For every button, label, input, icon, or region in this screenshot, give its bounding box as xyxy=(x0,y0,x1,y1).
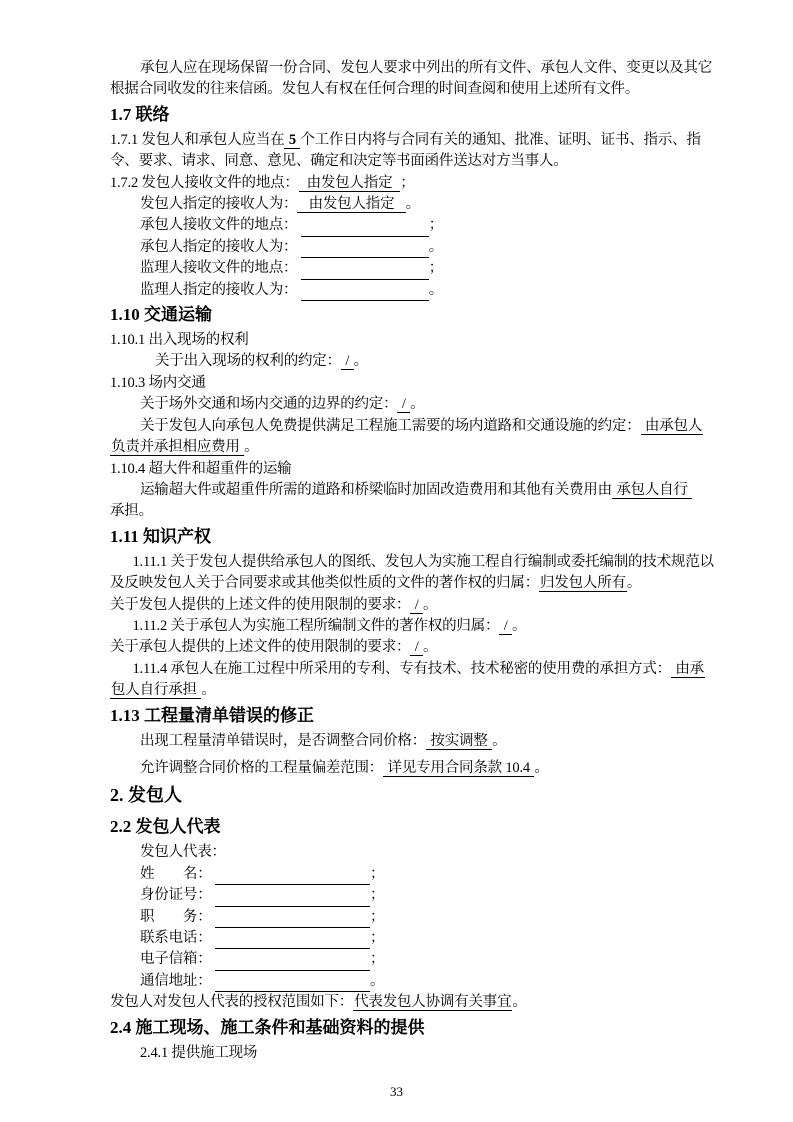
text-run: 1.7.2 发包人接收文件的地点： xyxy=(110,175,299,191)
paragraph-line: 2.4.1 提供施工现场 xyxy=(110,1043,722,1064)
text-run: 关于发包人向承包人免费提供满足工程施工需要的场内道路和交通设施的约定： xyxy=(140,418,641,434)
paragraph-line: 1.11.1 关于发包人提供给承包人的图纸、发包人为实施工程自行编制或委托编制的… xyxy=(110,552,722,573)
paragraph-line: 姓 名： ； xyxy=(110,864,722,885)
text-run: 。 xyxy=(429,239,443,255)
text-run: 1.11.1 关于发包人提供给承包人的图纸、发包人为实施工程自行编制或委托编制的… xyxy=(133,554,714,570)
section-heading: 2. 发包人 xyxy=(110,782,722,808)
document-page: 承包人应在现场保留一份合同、发包人要求中列出的所有文件、承包人文件、变更以及其它… xyxy=(0,0,793,1122)
filled-blank-value: 由发包人指定 xyxy=(299,175,401,192)
filled-blank-value: 代表发包人协调有关事宜 xyxy=(353,994,512,1011)
text-run: 2.4.1 提供施工现场 xyxy=(140,1045,257,1061)
text-run: 承包人应在现场保留一份合同、发包人要求中列出的所有文件、承包人文件、变更以及其它 xyxy=(140,60,712,76)
paragraph-line: 联系电话： ； xyxy=(110,928,722,949)
paragraph-line: 1.7.1 发包人和承包人应当在 5 个工作日内将与合同有关的通知、批准、证明、… xyxy=(110,130,722,151)
text-run: 1.11.4 承包人在施工过程中所采用的专利、专有技术、技术秘密的使用费的承担方… xyxy=(133,661,671,677)
paragraph-line: 承包人指定的接收人为： 。 xyxy=(110,237,722,258)
paragraph-line: 1.10.4 超大件和超重件的运输 xyxy=(110,459,722,480)
text-run: 发包人对发包人代表的授权范围如下： xyxy=(110,994,353,1010)
page-number: 33 xyxy=(0,1084,793,1100)
filled-blank-value: 由承 xyxy=(671,661,705,678)
empty-blank-line xyxy=(301,240,429,258)
paragraph-line: 关于发包人向承包人免费提供满足工程施工需要的场内道路和交通设施的约定： 由承包人 xyxy=(110,416,722,437)
paragraph-line: 关于出入现场的权利的约定： / 。 xyxy=(110,351,722,372)
text-run: ； xyxy=(400,175,414,191)
paragraph-line: 承担。 xyxy=(110,501,722,522)
section-heading: 1.13 工程量清单错误的修正 xyxy=(110,704,722,728)
paragraph-line: 运输超大件或超重件所需的道路和桥梁临时加固改造费用和其他有关费用由 承包人自行 xyxy=(110,480,722,501)
paragraph-line: 令、要求、请求、同意、意见、确定和决定等书面函件送达对方当事人。 xyxy=(110,151,722,172)
text-run: 1.10 交通运输 xyxy=(110,305,212,324)
text-run: 允许调整合同价格的工程量偏差范围： xyxy=(140,760,383,776)
text-run: 联系电话： xyxy=(140,930,215,946)
filled-blank-value: 详见专用合同条款 10.4 xyxy=(383,760,534,777)
paragraph-line: 关于场外交通和场内交通的边界的约定： / 。 xyxy=(110,394,722,415)
text-run: 。 xyxy=(244,439,258,455)
text-run: 姓 名： xyxy=(140,866,215,882)
text-run: 令、要求、请求、同意、意见、确定和决定等书面函件送达对方当事人。 xyxy=(110,153,568,169)
text-run: 1.10.1 出入现场的权利 xyxy=(110,332,249,348)
text-run: 根据合同收发的往来信函。发包人有权在任何合理的时间查阅和使用上述所有文件。 xyxy=(110,81,639,97)
text-run: 承包人指定的接收人为： xyxy=(140,239,301,255)
empty-blank-line xyxy=(215,910,370,928)
text-run: ； xyxy=(429,217,443,233)
text-run: 。 xyxy=(423,597,437,613)
paragraph-line: 通信地址： 。 xyxy=(110,971,722,992)
text-run: 运输超大件或超重件所需的道路和桥梁临时加固改造费用和其他有关费用由 xyxy=(140,482,612,498)
text-run: 。 xyxy=(492,733,506,749)
paragraph-line: 1.7.2 发包人接收文件的地点： 由发包人指定 ； xyxy=(110,173,722,194)
filled-blank-value: 由承包人 xyxy=(641,418,704,435)
filled-blank-value: / xyxy=(410,639,423,656)
filled-blank-value: 承包人自行 xyxy=(612,482,692,499)
text-run: ； xyxy=(370,887,384,903)
text-run: 。 xyxy=(406,196,420,212)
paragraph-line: 及反映发包人关于合同要求或其他类似性质的文件的著作权的归属：归发包人所有。 xyxy=(110,573,722,594)
filled-blank-value: 由发包人指定 xyxy=(297,196,405,213)
section-heading: 2.4 施工现场、施工条件和基础资料的提供 xyxy=(110,1016,722,1040)
text-run: 。 xyxy=(423,639,437,655)
text-run: 。 xyxy=(512,994,526,1010)
text-run: 发包人指定的接收人为： xyxy=(140,196,297,212)
text-run: 承包人接收文件的地点： xyxy=(140,217,301,233)
text-run: ； xyxy=(370,909,384,925)
filled-blank-value: / xyxy=(341,353,354,370)
text-run: 。 xyxy=(410,396,424,412)
text-run: 身份证号： xyxy=(140,887,215,903)
paragraph-line: 承包人接收文件的地点： ； xyxy=(110,215,722,236)
paragraph-line: 1.11.4 承包人在施工过程中所采用的专利、专有技术、技术秘密的使用费的承担方… xyxy=(110,659,722,680)
text-run: 通信地址： xyxy=(140,973,215,989)
text-run: 监理人接收文件的地点： xyxy=(140,260,301,276)
empty-blank-line xyxy=(301,283,429,301)
text-run: 关于发包人提供的上述文件的使用限制的要求： xyxy=(110,597,410,613)
filled-blank-value: 包人自行承担 xyxy=(110,682,201,699)
paragraph-line: 监理人接收文件的地点： ； xyxy=(110,258,722,279)
text-run: 发包人代表： xyxy=(140,844,226,860)
text-run: 监理人指定的接收人为： xyxy=(140,282,301,298)
text-run: 职 务： xyxy=(140,909,215,925)
text-run: 出现工程量清单错误时，是否调整合同价格： xyxy=(140,733,426,749)
section-heading: 1.7 联络 xyxy=(110,103,722,127)
empty-blank-line xyxy=(215,867,370,885)
paragraph-line: 发包人指定的接收人为： 由发包人指定 。 xyxy=(110,194,722,215)
empty-blank-line xyxy=(301,262,429,280)
empty-blank-line xyxy=(215,931,370,949)
text-run: 2. 发包人 xyxy=(110,785,182,805)
empty-blank-line xyxy=(215,953,370,971)
section-heading: 2.2 发包人代表 xyxy=(110,815,722,839)
text-run: 2.2 发包人代表 xyxy=(110,817,221,836)
text-run: 关于场外交通和场内交通的边界的约定： xyxy=(140,396,397,412)
paragraph-line: 发包人对发包人代表的授权范围如下：代表发包人协调有关事宜。 xyxy=(110,992,722,1013)
filled-blank-value: / xyxy=(499,618,512,635)
page-content: 承包人应在现场保留一份合同、发包人要求中列出的所有文件、承包人文件、变更以及其它… xyxy=(110,58,722,1064)
text-run: ； xyxy=(370,930,384,946)
paragraph-line: 发包人代表： xyxy=(110,842,722,863)
paragraph-line: 承包人应在现场保留一份合同、发包人要求中列出的所有文件、承包人文件、变更以及其它 xyxy=(110,58,722,79)
paragraph-line: 负责并承担相应费用 。 xyxy=(110,437,722,458)
paragraph-line: 根据合同收发的往来信函。发包人有权在任何合理的时间查阅和使用上述所有文件。 xyxy=(110,79,722,100)
text-run: 1.10.4 超大件和超重件的运输 xyxy=(110,461,291,477)
text-run: 关于出入现场的权利的约定： xyxy=(155,353,341,369)
filled-blank-value: 负责并承担相应费用 xyxy=(110,439,244,456)
text-run: 电子信箱： xyxy=(140,951,215,967)
text-run: 1.13 工程量清单错误的修正 xyxy=(110,706,314,725)
paragraph-line: 关于承包人提供的上述文件的使用限制的要求： / 。 xyxy=(110,637,722,658)
filled-blank-value: 归发包人所有 xyxy=(539,575,627,592)
paragraph-line: 允许调整合同价格的工程量偏差范围： 详见专用合同条款 10.4 。 xyxy=(110,758,722,779)
text-run: 。 xyxy=(627,575,641,591)
text-run: 2.4 施工现场、施工条件和基础资料的提供 xyxy=(110,1018,425,1037)
text-run: 。 xyxy=(201,682,215,698)
paragraph-line: 包人自行承担 。 xyxy=(110,680,722,701)
paragraph-line: 出现工程量清单错误时，是否调整合同价格： 按实调整 。 xyxy=(110,731,722,752)
text-run: 1.10.3 场内交通 xyxy=(110,375,206,391)
text-run: 承担。 xyxy=(110,503,153,519)
filled-blank-value: 按实调整 xyxy=(426,733,492,750)
empty-blank-line xyxy=(215,889,370,907)
text-run: 。 xyxy=(534,760,548,776)
text-run: 关于承包人提供的上述文件的使用限制的要求： xyxy=(110,639,410,655)
empty-blank-line xyxy=(301,219,429,237)
text-run: 。 xyxy=(429,282,443,298)
text-run: 1.7 联络 xyxy=(110,105,170,124)
text-run: ； xyxy=(370,866,384,882)
text-run: 1.7.1 发包人和承包人应当在 xyxy=(110,132,284,148)
text-run: 及反映发包人关于合同要求或其他类似性质的文件的著作权的归属： xyxy=(110,575,539,591)
filled-blank-value: 5 xyxy=(284,132,300,149)
section-heading: 1.10 交通运输 xyxy=(110,303,722,327)
text-run: 1.11.2 关于承包人为实施工程所编制文件的著作权的归属： xyxy=(133,618,500,634)
empty-blank-line xyxy=(215,974,370,992)
text-run: 。 xyxy=(512,618,526,634)
text-run: 。 xyxy=(370,973,384,989)
paragraph-line: 身份证号： ； xyxy=(110,885,722,906)
text-run: ； xyxy=(370,951,384,967)
paragraph-line: 监理人指定的接收人为： 。 xyxy=(110,280,722,301)
paragraph-line: 电子信箱： ； xyxy=(110,949,722,970)
text-run: 1.11 知识产权 xyxy=(110,527,211,546)
paragraph-line: 关于发包人提供的上述文件的使用限制的要求： / 。 xyxy=(110,595,722,616)
section-heading: 1.11 知识产权 xyxy=(110,525,722,549)
paragraph-line: 职 务： ； xyxy=(110,907,722,928)
paragraph-line: 1.11.2 关于承包人为实施工程所编制文件的著作权的归属： / 。 xyxy=(110,616,722,637)
paragraph-line: 1.10.3 场内交通 xyxy=(110,373,722,394)
filled-blank-value: / xyxy=(410,597,423,614)
text-run: 。 xyxy=(354,353,368,369)
text-run: ； xyxy=(429,260,443,276)
text-run: 个工作日内将与合同有关的通知、批准、证明、证书、指示、指 xyxy=(300,132,700,148)
filled-blank-value: / xyxy=(397,396,410,413)
paragraph-line: 1.10.1 出入现场的权利 xyxy=(110,330,722,351)
